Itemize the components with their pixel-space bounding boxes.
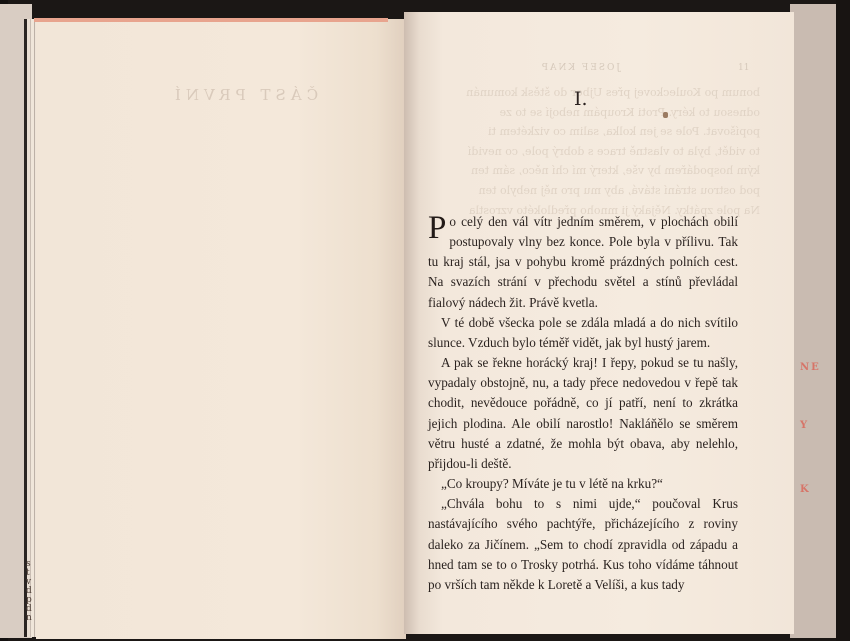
ghost-red-text: K xyxy=(800,484,811,495)
showthrough-line: pod ostrou strání stává, aby mu pro něj … xyxy=(440,181,760,201)
showthrough-running-head: JOSEF KNAP xyxy=(540,63,620,73)
paragraph: Po celý den vál vítr jedním směrem, v pl… xyxy=(428,212,738,313)
showthrough-line: bonum po Kouleckovej přes Ujbor do štěsk… xyxy=(440,83,760,103)
paragraph: „Co kroupy? Míváte je tu v létě na krku?… xyxy=(428,474,738,494)
paper-stain xyxy=(663,112,668,118)
book-cover-right-edge xyxy=(836,0,850,641)
underlying-page-right xyxy=(790,4,838,638)
showthrough-part-title: ČÁST PRVNÍ xyxy=(170,86,318,104)
showthrough-page-number: 11 xyxy=(738,63,749,73)
paragraph-text: o celý den vál vítr jedním směrem, v plo… xyxy=(428,214,738,310)
showthrough-line: odnesou to kéry. Proti Kroupám nebojí se… xyxy=(440,103,760,123)
left-page-top-edge xyxy=(34,18,388,22)
showthrough-line: popíšovat. Pole se jen kolka, salim co v… xyxy=(440,122,760,142)
paragraph: A pak se řekne horácký kraj! I řepy, pok… xyxy=(428,353,738,474)
ghost-red-text: Y xyxy=(800,420,809,431)
chapter-number: I. xyxy=(574,88,588,110)
chapter-body: Po celý den vál vítr jedním směrem, v pl… xyxy=(428,212,738,595)
showthrough-line: kým hospodářem by vše, který mí chí něco… xyxy=(440,161,760,181)
showthrough-text-block: bonum po Kouleckovej přes Ujbor do štěsk… xyxy=(440,83,760,220)
paragraph: V té době všecka pole se zdála mladá a d… xyxy=(428,313,738,353)
paragraph: „Chvála bohu to s nimi ujde,“ poučoval K… xyxy=(428,494,738,595)
ghost-red-text: NE xyxy=(800,362,821,373)
drop-cap: P xyxy=(428,212,446,242)
left-edge-letters: s t v d p d n xyxy=(26,560,36,623)
showthrough-line: to vidět, byla to vlastně trace s dobrý … xyxy=(440,142,760,162)
left-page xyxy=(36,19,406,639)
